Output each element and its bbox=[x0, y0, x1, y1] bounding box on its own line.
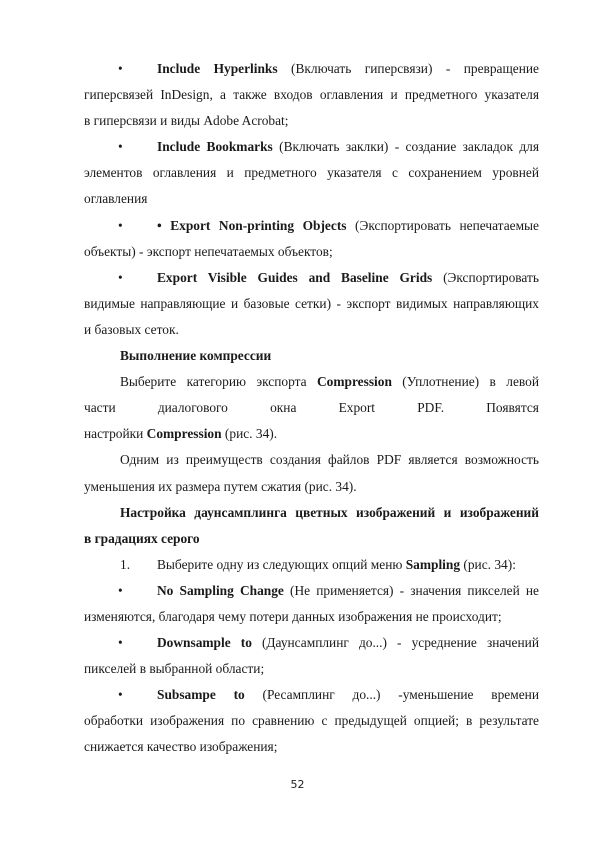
section-heading-downsampling: Настройка даунсамплинга цветных изображе… bbox=[84, 500, 539, 552]
bullet-continuation: объекты) - экспорт непечатаемых объектов… bbox=[84, 239, 539, 265]
paragraph-line-spread: части диалогового окна Export PDF. Появя… bbox=[84, 395, 539, 421]
bold-term: Compression bbox=[147, 426, 222, 441]
text-span: (Уплотнение) в левой bbox=[392, 374, 539, 389]
paragraph-line: настройки Compression (рис. 34). bbox=[84, 421, 539, 447]
bullet-term: Downsample to bbox=[157, 635, 252, 650]
word: Export bbox=[339, 395, 375, 421]
text-span: (рис. 34). bbox=[222, 426, 278, 441]
bullet-text: (Экспортировать непечатаемые bbox=[347, 218, 540, 233]
bold-term: Compression bbox=[317, 374, 392, 389]
paragraph-line: Выберите категорию экспорта Compression … bbox=[84, 369, 539, 395]
paragraph-compression-category: Выберите категорию экспорта Compression … bbox=[84, 369, 539, 447]
bullet-first-line: • No Sampling Change (Не применяется) - … bbox=[84, 578, 539, 604]
bullet-continuation: в гиперсвязи и виды Adobe Acrobat; bbox=[84, 108, 539, 134]
bullet-icon: • bbox=[118, 134, 123, 160]
word: диалогового bbox=[158, 395, 228, 421]
bullet-icon: • bbox=[118, 56, 123, 82]
bullet-continuation: обработки изображения по сравнению с пре… bbox=[84, 708, 539, 734]
bullet-first-line: • • Export Non-printing Objects (Экспорт… bbox=[84, 213, 539, 239]
bullet-text: (Даунсамплинг до...) - усреднение значен… bbox=[252, 635, 539, 650]
bullet-continuation: изменяются, благодаря чему потери данных… bbox=[84, 604, 539, 630]
bullet-term: No Sampling Change bbox=[157, 583, 284, 598]
heading-line: в градациях серого bbox=[84, 526, 539, 552]
bullet-item-subsample-to: • Subsampe to (Ресамплинг до...) -уменьш… bbox=[84, 682, 539, 760]
text-span: настройки bbox=[84, 426, 147, 441]
bullet-item-include-bookmarks: • Include Bookmarks (Включать заклки) - … bbox=[84, 134, 539, 212]
numbered-line: 1. Выберите одну из следующих опций меню… bbox=[84, 552, 539, 578]
bullet-continuation: оглавления bbox=[84, 186, 539, 212]
bullet-continuation: видимые направляющие и базовые сетки) - … bbox=[84, 291, 539, 317]
bullet-continuation: элементов оглавления и предметного указа… bbox=[84, 160, 539, 186]
bullet-text: (Не применяется) - значения пикселей не bbox=[284, 583, 539, 598]
heading-line: Настройка даунсамплинга цветных изображе… bbox=[84, 500, 539, 526]
numbered-item-1: 1. Выберите одну из следующих опций меню… bbox=[84, 552, 539, 578]
paragraph-line: уменьшения их размера путем сжатия (рис.… bbox=[84, 474, 539, 500]
section-heading-compression: Выполнение компрессии bbox=[84, 343, 539, 369]
page-number: 52 bbox=[0, 778, 595, 791]
number-marker: 1. bbox=[120, 552, 130, 578]
bullet-icon: • bbox=[118, 265, 123, 291]
bullet-first-line: • Include Hyperlinks (Включать гиперсвяз… bbox=[84, 56, 539, 82]
text-span: Выберите категорию экспорта bbox=[120, 374, 317, 389]
bullet-text: (Включать заклки) - создание закладок дл… bbox=[273, 139, 539, 154]
word: части bbox=[84, 395, 116, 421]
bullet-first-line: • Include Bookmarks (Включать заклки) - … bbox=[84, 134, 539, 160]
bullet-icon: • bbox=[118, 682, 123, 708]
bullet-term: Subsampe to bbox=[157, 687, 245, 702]
bullet-first-line: • Subsampe to (Ресамплинг до...) -уменьш… bbox=[84, 682, 539, 708]
bullet-first-line: • Export Visible Guides and Baseline Gri… bbox=[84, 265, 539, 291]
bullet-continuation: гиперсвязей InDesign, а также входов огл… bbox=[84, 82, 539, 108]
bullet-item-include-hyperlinks: • Include Hyperlinks (Включать гиперсвяз… bbox=[84, 56, 539, 134]
bullet-icon: • bbox=[118, 213, 123, 239]
paragraph-pdf-advantages: Одним из преимуществ создания файлов PDF… bbox=[84, 447, 539, 499]
bullet-text: (Включать гиперсвязи) - превращение bbox=[278, 61, 539, 76]
bullet-icon: • bbox=[118, 578, 123, 604]
bullet-continuation: пикселей в выбранной области; bbox=[84, 656, 539, 682]
bullet-item-no-sampling-change: • No Sampling Change (Не применяется) - … bbox=[84, 578, 539, 630]
bullet-term: Export Visible Guides and Baseline Grids bbox=[157, 270, 432, 285]
word: Появятся bbox=[486, 395, 539, 421]
bullet-item-export-visible-guides: • Export Visible Guides and Baseline Gri… bbox=[84, 265, 539, 343]
word: PDF. bbox=[417, 395, 444, 421]
bullet-icon: • bbox=[118, 630, 123, 656]
bullet-continuation: и базовых сеток. bbox=[84, 317, 539, 343]
text-span: (рис. 34): bbox=[460, 557, 516, 572]
text-span: Выберите одну из следующих опций меню bbox=[157, 557, 406, 572]
bullet-continuation: снижается качество изображения; bbox=[84, 734, 539, 760]
bold-term: Sampling bbox=[406, 557, 460, 572]
word: окна bbox=[270, 395, 296, 421]
bullet-first-line: • Downsample to (Даунсамплинг до...) - у… bbox=[84, 630, 539, 656]
bullet-term: Include Bookmarks bbox=[157, 139, 273, 154]
bullet-item-downsample-to: • Downsample to (Даунсамплинг до...) - у… bbox=[84, 630, 539, 682]
document-page: • Include Hyperlinks (Включать гиперсвяз… bbox=[84, 56, 539, 761]
bullet-term: Include Hyperlinks bbox=[157, 61, 278, 76]
bullet-item-export-non-printing-objects: • • Export Non-printing Objects (Экспорт… bbox=[84, 213, 539, 265]
bullet-term: • Export Non-printing Objects bbox=[157, 218, 347, 233]
bullet-text: (Ресамплинг до...) -уменьшение времени bbox=[245, 687, 539, 702]
paragraph-line: Одним из преимуществ создания файлов PDF… bbox=[84, 447, 539, 473]
bullet-text: (Экспортировать bbox=[432, 270, 539, 285]
